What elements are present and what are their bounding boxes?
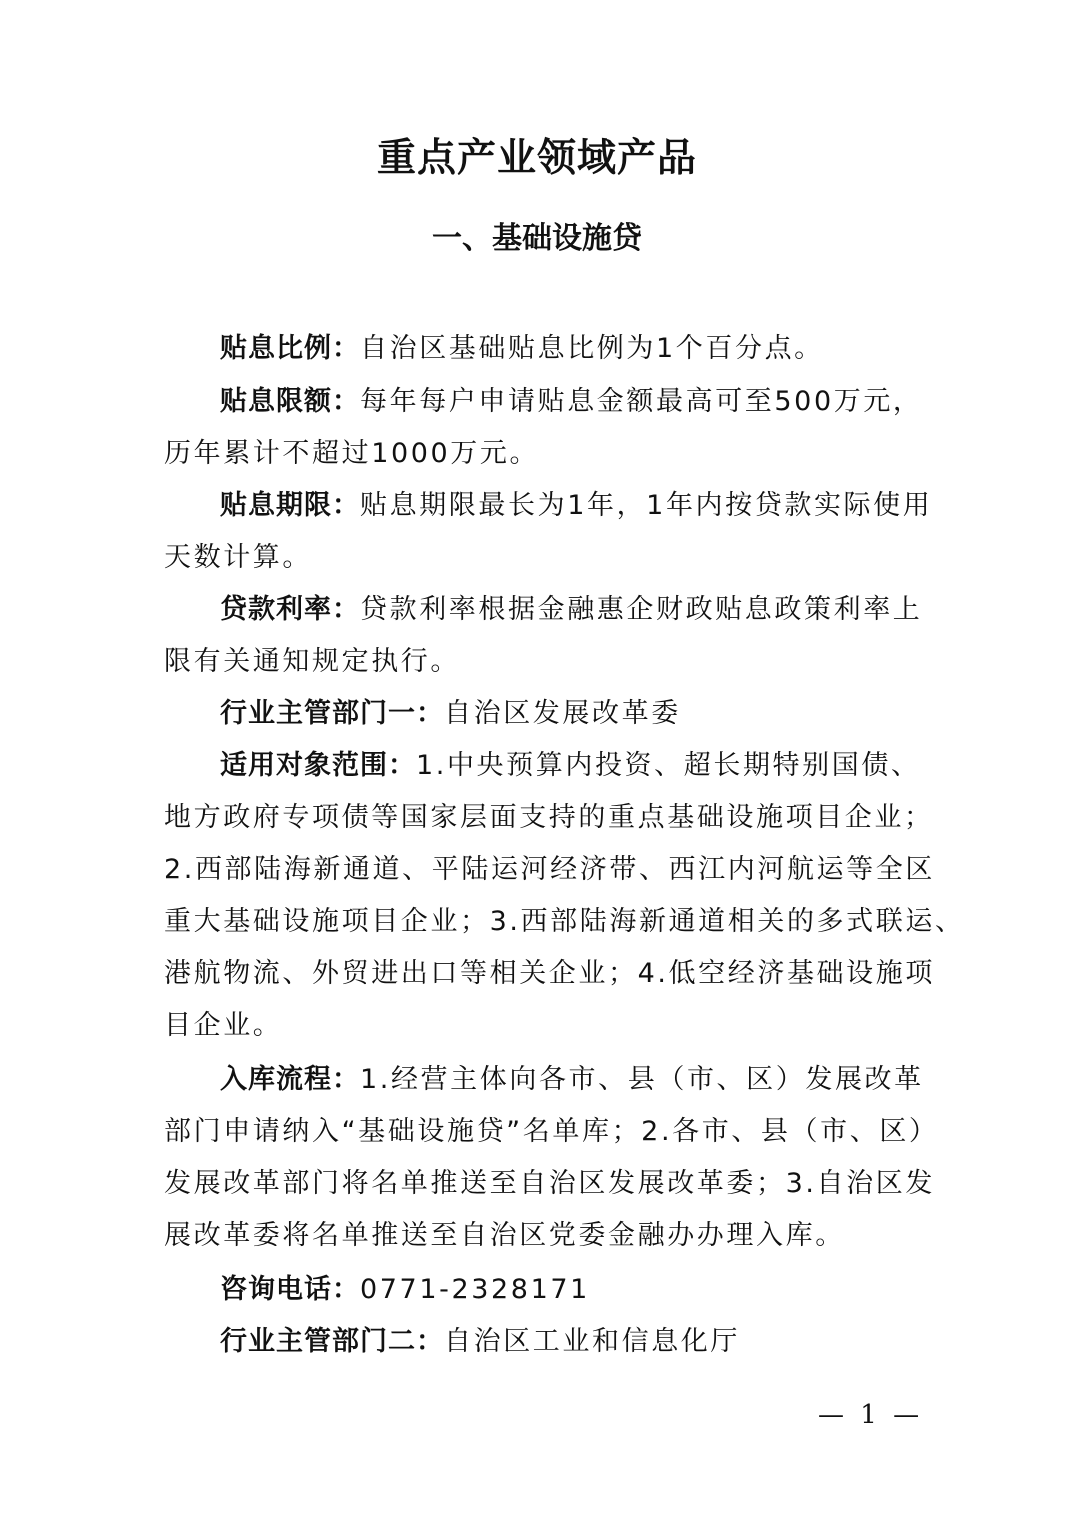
paragraph-label: 适用对象范围： (220, 750, 416, 781)
document-page: 重点产业领域产品 一、基础设施贷 贴息比例：自治区基础贴息比例为1个百分点。 贴… (0, 0, 1074, 1520)
paragraph-loan-rate: 贷款利率：贷款利率根据金融惠企财政贴息政策利率上 (220, 590, 980, 630)
paragraph-subsidy-term-cont: 天数计算。 (164, 538, 924, 578)
page-number: — 1 — (818, 1397, 923, 1433)
paragraph-text: 自治区基础贴息比例为1个百分点。 (360, 333, 824, 364)
paragraph-department-one: 行业主管部门一：自治区发展改革委 (220, 694, 980, 734)
paragraph-text: 贴息期限最长为1年，1年内按贷款实际使用 (360, 490, 932, 521)
paragraph-label: 贷款利率： (220, 594, 360, 625)
paragraph-subsidy-ratio: 贴息比例：自治区基础贴息比例为1个百分点。 (220, 329, 980, 369)
paragraph-admission-process-cont: 部门申请纳入“基础设施贷”名单库；2.各市、县（市、区） (164, 1112, 924, 1152)
document-title: 重点产业领域产品 (0, 132, 1074, 184)
paragraph-text: 自治区工业和信息化厅 (444, 1326, 740, 1357)
paragraph-label: 贴息限额： (220, 386, 360, 417)
paragraph-label: 贴息期限： (220, 490, 360, 521)
paragraph-label: 咨询电话： (220, 1274, 360, 1305)
paragraph-text: 贷款利率根据金融惠企财政贴息政策利率上 (360, 594, 922, 625)
paragraph-label: 入库流程： (220, 1064, 360, 1095)
paragraph-label: 行业主管部门二： (220, 1326, 444, 1357)
paragraph-text: 1.中央预算内投资、超长期特别国债、 (416, 750, 921, 781)
paragraph-eligible-scope-cont: 目企业。 (164, 1006, 924, 1046)
paragraph-hotline: 咨询电话：0771-2328171 (220, 1270, 980, 1310)
paragraph-text: 自治区发展改革委 (444, 698, 681, 729)
paragraph-eligible-scope-cont: 重大基础设施项目企业；3.西部陆海新通道相关的多式联运、 (164, 902, 924, 942)
phone-number: 0771-2328171 (360, 1274, 590, 1305)
paragraph-eligible-scope-cont: 2.西部陆海新通道、平陆运河经济带、西江内河航运等全区 (164, 850, 924, 890)
paragraph-admission-process-cont: 展改革委将名单推送至自治区党委金融办办理入库。 (164, 1216, 924, 1256)
paragraph-admission-process-cont: 发展改革部门将名单推送至自治区发展改革委；3.自治区发 (164, 1164, 924, 1204)
paragraph-text: 每年每户申请贴息金额最高可至500万元， (360, 386, 923, 417)
paragraph-loan-rate-cont: 限有关通知规定执行。 (164, 642, 924, 682)
paragraph-eligible-scope-cont: 港航物流、外贸进出口等相关企业；4.低空经济基础设施项 (164, 954, 924, 994)
paragraph-label: 行业主管部门一： (220, 698, 444, 729)
paragraph-department-two: 行业主管部门二：自治区工业和信息化厅 (220, 1322, 980, 1362)
paragraph-eligible-scope-cont: 地方政府专项债等国家层面支持的重点基础设施项目企业； (164, 798, 924, 838)
paragraph-eligible-scope: 适用对象范围：1.中央预算内投资、超长期特别国债、 (220, 746, 980, 786)
paragraph-admission-process: 入库流程：1.经营主体向各市、县（市、区）发展改革 (220, 1060, 980, 1100)
paragraph-subsidy-limit: 贴息限额：每年每户申请贴息金额最高可至500万元， (220, 382, 980, 422)
paragraph-text: 1.经营主体向各市、县（市、区）发展改革 (360, 1064, 924, 1095)
paragraph-subsidy-limit-cont: 历年累计不超过1000万元。 (164, 434, 924, 474)
section-heading: 一、基础设施贷 (0, 216, 1074, 262)
paragraph-subsidy-term: 贴息期限：贴息期限最长为1年，1年内按贷款实际使用 (220, 486, 980, 526)
paragraph-label: 贴息比例： (220, 333, 360, 364)
